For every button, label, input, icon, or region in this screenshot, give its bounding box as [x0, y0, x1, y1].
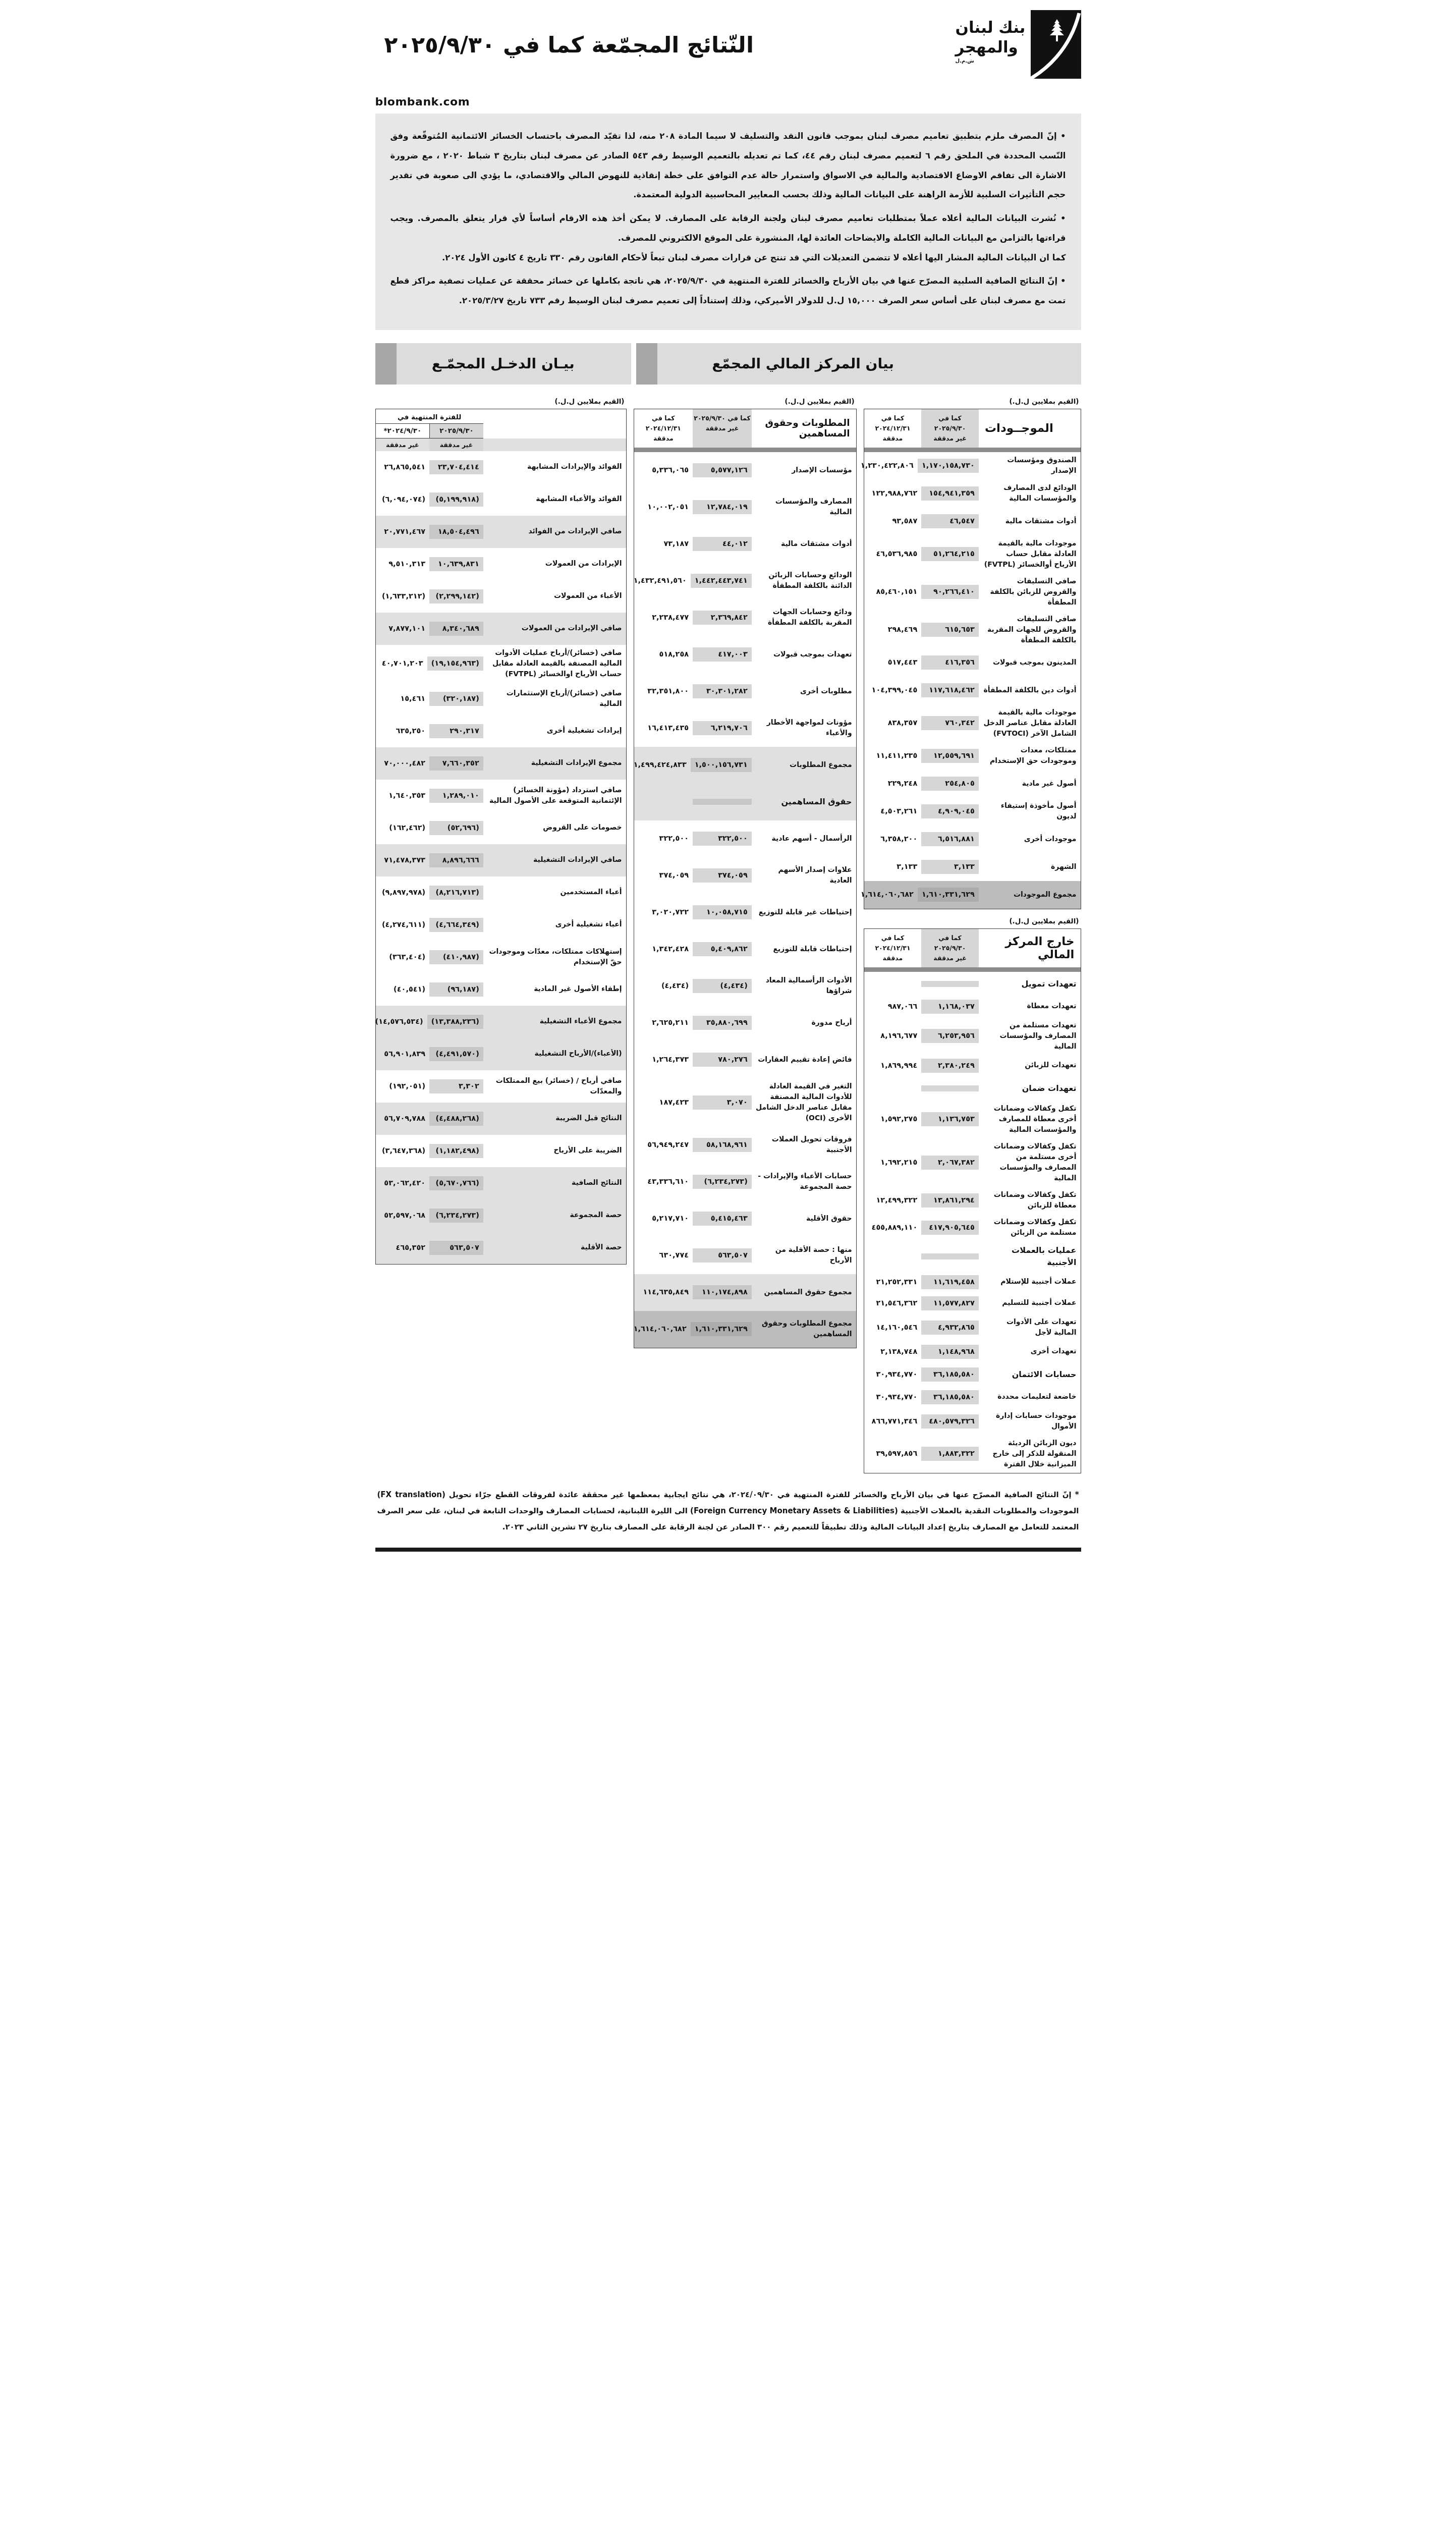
- table-row: أصول مأخوذة إستيفاء لديون٤,٩٠٩,٠٤٥٤,٥٠٣,…: [864, 798, 1081, 826]
- row-value: (٤,٤٣٤): [634, 979, 693, 993]
- row-label: مجموع المطلوبات: [752, 757, 856, 774]
- balance-sheet-section-header: بيان المركز المالي المجمّع: [636, 343, 1081, 385]
- row-value: ٢٩٠,٣١٧: [429, 724, 483, 738]
- row-value: ١١٠,١٧٤,٨٩٨: [693, 1285, 752, 1299]
- row-value: ٩٠,٢٦٦,٤١٠: [921, 585, 979, 599]
- table-row: الأدوات الرأسمالية المعاد شراؤها(٤,٤٣٤)(…: [634, 968, 856, 1005]
- income-statement-table: للفترة المنتهية في ٢٠٢٥/٩/٣٠ *٢٠٢٤/٩/٣٠ …: [375, 409, 627, 1265]
- row-value: ١٤,١٦٠,٥٤٦: [864, 1321, 922, 1335]
- row-label: حسابات الأعباء والإيرادات - حصة المجموعة: [752, 1168, 856, 1195]
- row-value: ٣٩,٥٩٧,٨٥٦: [864, 1447, 922, 1461]
- row-label: الضريبة على الأرباح: [483, 1142, 626, 1159]
- row-label: مجموع المطلوبات وحقوق المساهمين: [752, 1315, 856, 1343]
- row-label: إستهلاكات ممتلكات، معدّات وموجودات حقّ ا…: [483, 944, 626, 971]
- table-row: خاضعة لتعليمات محددة٣٦,١٨٥,٥٨٠٣٠,٩٣٤,٧٧٠: [864, 1387, 1081, 1408]
- row-value: ٥٦٣,٥٠٧: [693, 1248, 752, 1263]
- row-label: أعباء المستخدمين: [483, 884, 626, 901]
- table-row: أعباء المستخدمين(٨,٢١٦,٧١٣)(٩,٨٩٧,٩٧٨): [376, 876, 626, 909]
- income-statement-rows: الفوائد والإيرادات المشابهة٢٣,٧٠٤,٤١٤٢٦,…: [376, 451, 626, 1264]
- row-value: ٥٦,٩٠١,٨٣٩: [376, 1047, 430, 1061]
- income-statement-title: بيـان الدخـل المجمّـع: [432, 355, 575, 372]
- row-value: ١,١٣٦,٧٥٣: [921, 1112, 979, 1126]
- row-value: ١,٤٣٢,٤٩١,٥٦٠: [630, 574, 691, 588]
- table-row: تعهدات على الأدوات المالية لأجل٤,٩٣٢,٨٦٥…: [864, 1314, 1081, 1341]
- row-value: ١,٢٨٩,٠١٠: [429, 789, 483, 803]
- row-label: صافي استرداد (مؤونة الخسائر) الإئتمانية …: [483, 782, 626, 809]
- row-label: موجودات مالية بالقيمة العادلة مقابل حساب…: [979, 535, 1081, 573]
- row-label: أدوات دين بالكلفة المطفأة: [979, 682, 1081, 699]
- row-value: ٢٢٩,٢٤٨: [864, 777, 922, 791]
- row-label: تعهدات بموجب قبولات: [752, 646, 856, 663]
- table-row: إيرادات تشغيلية أخرى٢٩٠,٣١٧٦٣٥,٢٥٠: [376, 715, 626, 747]
- row-value: ١٠,٦٣٩,٨٣١: [429, 557, 483, 571]
- income-statement-column: (القيم بملايين ل.ل.) للفترة المنتهية في …: [375, 396, 627, 1265]
- row-value: ١١,٥٧٧,٨٢٧: [921, 1296, 979, 1310]
- row-label: صافي (خسائر)/أرباح عمليات الأدوات المالي…: [483, 645, 626, 683]
- row-value: ١,٤٩٩,٤٢٤,٨٣٣: [630, 758, 691, 772]
- row-label: منها : حصة الأقلية من الأرباح: [752, 1242, 856, 1269]
- row-value: ١١,٤١١,٢٣٥: [864, 749, 922, 763]
- row-value: (١,١٨٢,٤٩٨): [429, 1144, 483, 1158]
- assets-table: الموجــودات كما في ٢٠٢٥/٩/٣٠غير مدققة كم…: [864, 409, 1081, 909]
- row-value: ٤٨٠,٥٧٩,٣٢٦: [921, 1414, 979, 1429]
- row-value: ٦,٢١٩,٧٠٦: [693, 721, 752, 735]
- row-value: ٧,٦٦٠,٣٥٢: [429, 756, 483, 771]
- row-value: ٦,٥١٦,٨٨١: [921, 832, 979, 846]
- table-row: فائض إعادة تقييم العقارات٧٨٠,٢٧٦١,٢٦٤,٣٧…: [634, 1041, 856, 1078]
- row-value: (٦,٢٣٤,٢٧٣): [693, 1175, 752, 1189]
- table-row: حصة الأقلية٥٦٣,٥٠٧٤٦٥,٣٥٢: [376, 1232, 626, 1264]
- row-label: النتائج قبل الضريبة: [483, 1110, 626, 1127]
- row-label: خاضعة لتعليمات محددة: [979, 1389, 1081, 1405]
- table-row: مؤونات لمواجهة الأخطار والأعباء٦,٢١٩,٧٠٦…: [634, 710, 856, 747]
- row-label: أصول غير مادية: [979, 776, 1081, 792]
- row-label: صافي التسليفات والقروض للجهات المقربة با…: [979, 611, 1081, 649]
- row-value: ٤,٩٣٢,٨٦٥: [921, 1321, 979, 1335]
- column-header-2024: كما في ٢٠٢٤/١٢/٣١مدققة: [864, 929, 922, 967]
- table-row: فروقات تحويل العملات الأجنبية٥٨,١٦٨,٩٦١٥…: [634, 1127, 856, 1164]
- values-in-millions-note: (القيم بملايين ل.ل.): [960, 398, 1079, 406]
- row-label: مجموع الموجودات: [979, 887, 1081, 903]
- row-value: (٥,٦٧٠,٧٦٦): [429, 1176, 483, 1190]
- row-value: ٤٥٥,٨٨٩,١١٠: [864, 1221, 922, 1235]
- intro-bullet-2: • نُشرت البيانات المالية أعلاه عملاً بمت…: [390, 209, 1066, 267]
- row-label: فائض إعادة تقييم العقارات: [752, 1052, 856, 1068]
- row-value: ١,١٧٠,١٥٨,٧٣٠: [918, 459, 979, 473]
- table-row: أرباح مدورة٣٥,٨٨٠,٦٩٩٢,٦٢٥,٢١١: [634, 1005, 856, 1041]
- row-value: (٤,٤٩١,٥٧٠): [429, 1047, 483, 1061]
- table-row: حقوق المساهمين: [634, 784, 856, 820]
- row-value: ١,٥٠٠,١٥٦,٧٣١: [691, 758, 752, 772]
- row-value: ٨٣٨,٣٥٧: [864, 716, 922, 730]
- table-row: صافي التسليفات والقروض للجهات المقربة با…: [864, 611, 1081, 649]
- table-row: مجموع المطلوبات١,٥٠٠,١٥٦,٧٣١١,٤٩٩,٤٢٤,٨٣…: [634, 747, 856, 784]
- row-value: ١,١٦٨,٠٣٧: [921, 1000, 979, 1014]
- row-value: ٢,٦٢٥,٢١١: [634, 1016, 693, 1030]
- row-value: (٤١٠,٩٨٧): [429, 950, 483, 964]
- row-label: صافي الإيرادات من الفوائد: [483, 523, 626, 540]
- row-value: ٣٧٤,٠٥٩: [693, 868, 752, 883]
- row-value: ٦,٢٥٣,٩٥٦: [921, 1029, 979, 1043]
- row-label: الفوائد والأعباء المشابهة: [483, 491, 626, 508]
- row-value: ٤٠,٧٠١,٢٠٣: [373, 656, 427, 671]
- table-row: أعباء تشغيلية أخرى(٤,٦٦٤,٣٤٩)(٤,٢٧٤,٦١١): [376, 909, 626, 941]
- row-value: ٧٣,١٨٧: [634, 537, 693, 551]
- table-row: علاوات إصدار الأسهم العادية٣٧٤,٠٥٩٣٧٤,٠٥…: [634, 857, 856, 894]
- table-row: الضريبة على الأرباح(١,١٨٢,٤٩٨)(٣,٦٤٧,٣٦٨…: [376, 1135, 626, 1167]
- row-value: ١٦,٤١٣,٤٣٥: [634, 721, 693, 735]
- liabilities-rows: مؤسسات الإصدار٥,٥٧٧,١٢٦٥,٣٣٦,٠٦٥المصارف …: [634, 452, 856, 1348]
- row-value: ١٠٤,٣٩٩,٠٤٥: [864, 683, 922, 697]
- row-value: ٥٦,٩٤٩,٢٤٧: [634, 1138, 693, 1152]
- row-value: ٢,١٣٨,٧٤٨: [864, 1345, 922, 1359]
- row-value: ١٠,٠٠٢,٠٥١: [634, 500, 693, 514]
- row-label: مجموع حقوق المساهمين: [752, 1284, 856, 1301]
- row-label: حصة المجموعة: [483, 1207, 626, 1224]
- row-value: [693, 799, 752, 805]
- row-value: ٣٦,١٨٥,٥٨٠: [921, 1367, 979, 1382]
- row-value: ٢,٣٨٠,٢٤٩: [921, 1059, 979, 1073]
- row-value: ١,٨٨٣,٣٢٢: [921, 1447, 979, 1461]
- column-header-2024: *٢٠٢٤/٩/٣٠: [376, 424, 430, 438]
- table-row: الإيرادات من العمولات١٠,٦٣٩,٨٣١٩,٥١٠,٣١٣: [376, 548, 626, 580]
- row-value: [921, 981, 979, 987]
- row-value: ١٢,٤٩٩,٣٢٢: [864, 1193, 922, 1208]
- website-url: blombank.com: [375, 96, 1081, 108]
- row-label: المدينون بموجب قبولات: [979, 654, 1081, 671]
- table-row: الشهرة٣,١٣٣٣,١٣٣: [864, 853, 1081, 881]
- row-label: فروقات تحويل العملات الأجنبية: [752, 1131, 856, 1159]
- table-row: تعهدات ضمان: [864, 1076, 1081, 1101]
- page-title: النّتائج المجمّعة كما في ٢٠٢٥/٩/٣٠: [384, 32, 938, 58]
- assets-rows: الصندوق ومؤسسات الإصدار١,١٧٠,١٥٨,٧٣٠١,٢٣…: [864, 452, 1081, 909]
- row-label: أرباح مدورة: [752, 1015, 856, 1031]
- header-divider-strip: [864, 448, 1081, 452]
- row-label: الودائع وحسابات الزبائن الدائنة بالكلفة …: [752, 567, 856, 594]
- row-value: ١١,٦١٩,٤٥٨: [921, 1275, 979, 1289]
- header-divider-strip: [864, 967, 1081, 972]
- row-label: تعهدات معطاة: [979, 998, 1081, 1015]
- header-divider-strip: [634, 448, 856, 452]
- row-value: (١٣,٣٨٨,٢٣٦): [427, 1015, 483, 1029]
- table-row: الصندوق ومؤسسات الإصدار١,١٧٠,١٥٨,٧٣٠١,٢٣…: [864, 452, 1081, 480]
- row-value: ٥٦,٧٠٩,٧٨٨: [376, 1112, 430, 1126]
- row-value: [864, 981, 922, 987]
- row-value: ٣٠,٣٠١,٢٨٢: [693, 684, 752, 698]
- row-value: (٤,٤٨٨,٢٦٨): [429, 1112, 483, 1126]
- section-bars: بيان المركز المالي المجمّع بيـان الدخـل …: [375, 343, 1081, 385]
- assets-column: (القيم بملايين ل.ل.) الموجــودات كما في …: [864, 396, 1081, 1473]
- row-value: ١,٢٣٠,٤٢٢,٨٠٦: [857, 459, 918, 473]
- row-value: ٢٦,٨٦٥,٥٤١: [376, 460, 430, 474]
- row-value: ١٢,٥٥٩,٦٩١: [921, 749, 979, 763]
- row-label: التغير في القيمة العادلة للأدوات المالية…: [752, 1078, 856, 1127]
- row-value: ٤,٥٠٣,٢٦١: [864, 804, 922, 818]
- row-value: ٤,٩٠٩,٠٤٥: [921, 804, 979, 818]
- table-row: مؤسسات الإصدار٥,٥٧٧,١٢٦٥,٣٣٦,٠٦٥: [634, 452, 856, 489]
- row-label: الصندوق ومؤسسات الإصدار: [979, 452, 1081, 479]
- table-row: عملات أجنبية للتسليم١١,٥٧٧,٨٢٧٢١,٥٤٦,٣٦٢: [864, 1293, 1081, 1314]
- row-label: النتائج الصافية: [483, 1175, 626, 1191]
- row-value: (١٤,٥٧٦,٥٣٤): [371, 1015, 427, 1029]
- row-value: ٨,٨٩٦,٦٦٦: [429, 853, 483, 867]
- row-value: [921, 1085, 979, 1091]
- row-label: خصومات على القروض: [483, 819, 626, 836]
- row-value: ٢١,٥٤٦,٣٦٢: [864, 1296, 922, 1310]
- row-value: ٥٣,٠٦٢,٤٢٠: [376, 1176, 430, 1190]
- row-value: ١,١٤٨,٩٦٨: [921, 1345, 979, 1359]
- values-in-millions-note: (القيم بملايين ل.ل.): [960, 917, 1079, 925]
- row-value: ٢٩٨,٤٦٩: [864, 623, 922, 637]
- row-label: ودائع وحسابات الجهات المقربة بالكلفة الم…: [752, 604, 856, 631]
- row-value: [921, 1253, 979, 1259]
- values-in-millions-note: (القيم بملايين ل.ل.): [486, 398, 625, 406]
- page-header: بنك لبنان والمهجر ش.م.ل النّتائج المجمّع…: [375, 7, 1081, 83]
- row-value: ١٥٤,٩٤١,٣٥٩: [921, 486, 979, 501]
- row-value: ١١٤,٦٣٥,٨٤٩: [634, 1285, 693, 1299]
- row-value: (٥,١٩٩,٩١٨): [429, 492, 483, 507]
- row-label: عملات أجنبية للإستلام: [979, 1274, 1081, 1290]
- row-label: تكفل وكفالات وضمانات أخرى معطاة للمصارف …: [979, 1101, 1081, 1138]
- table-row: الودائع لدى المصارف والمؤسسات المالية١٥٤…: [864, 480, 1081, 508]
- table-row: موجودات حسابات إدارة الأموال٤٨٠,٥٧٩,٣٢٦٨…: [864, 1408, 1081, 1435]
- row-value: ٣٢٢,٥٠٠: [634, 832, 693, 846]
- row-value: ١٢,٧٨٤,٠١٩: [693, 500, 752, 514]
- row-label: إطفاء الأصول غير المادية: [483, 981, 626, 998]
- row-value: ٥٨,١٦٨,٩٦١: [693, 1138, 752, 1152]
- row-value: ١٢٢,٩٨٨,٧٦٢: [864, 486, 922, 501]
- table-row: حصة المجموعة(٦,٢٣٤,٢٧٣)٥٢,٥٩٧,٠٦٨: [376, 1199, 626, 1232]
- table-row: تكفل وكفالات وضمانات مستلمة من الزبائن٤١…: [864, 1214, 1081, 1241]
- row-value: ٧٨٠,٢٧٦: [693, 1053, 752, 1067]
- row-value: ٨٦٦,٧٧١,٣٤٦: [864, 1414, 922, 1429]
- row-label: الإيرادات من العمولات: [483, 556, 626, 572]
- row-label: تعهدات أخرى: [979, 1343, 1081, 1360]
- row-label: الأعباء من العمولات: [483, 588, 626, 605]
- row-label: الرأسمال - أسهم عادية: [752, 831, 856, 847]
- table-row: تعهدات تمويل: [864, 972, 1081, 996]
- row-label: عمليات بالعملات الأجنبية: [979, 1241, 1081, 1272]
- table-row: الرأسمال - أسهم عادية٣٢٢,٥٠٠٣٢٢,٥٠٠: [634, 820, 856, 857]
- newspaper-page: بنك لبنان والمهجر ش.م.ل النّتائج المجمّع…: [364, 0, 1092, 1567]
- table-row: أدوات مشتقات مالية٤٦,٥٤٧٩٣,٥٨٧: [864, 508, 1081, 535]
- table-row: مطلوبات أخرى٣٠,٣٠١,٢٨٢٣٢,٣٥١,٨٠٠: [634, 673, 856, 710]
- row-value: (٩٦,١٨٧): [429, 982, 483, 997]
- row-value: (٥٢,٦٩٦): [429, 821, 483, 835]
- row-label: حقوق الأقلية: [752, 1211, 856, 1227]
- unaudited-label-2024: غير مدققة: [376, 438, 430, 451]
- off-balance-table: خارج المركز المالي كما في ٢٠٢٥/٩/٣٠غير م…: [864, 928, 1081, 1473]
- row-value: (٤٠,٥٤١): [376, 982, 430, 997]
- row-value: ٣,١٣٣: [921, 860, 979, 874]
- row-value: ٦٣٠,٧٧٤: [634, 1248, 693, 1263]
- table-row: خصومات على القروض(٥٢,٦٩٦)(١٦٢,٤٦٢): [376, 812, 626, 844]
- table-row: عمليات بالعملات الأجنبية: [864, 1241, 1081, 1272]
- row-label: عملات أجنبية للتسليم: [979, 1295, 1081, 1311]
- row-value: ٩,٥١٠,٣١٣: [376, 557, 430, 571]
- row-label: تكفل وكفالات وضمانات معطاة للزبائن: [979, 1187, 1081, 1214]
- table-row: عملات أجنبية للإستلام١١,٦١٩,٤٥٨٢١,٢٥٢,٣٣…: [864, 1272, 1081, 1293]
- row-value: ٥١,٢٦٤,٢١٥: [921, 547, 979, 561]
- table-row: صافي أرباح / (خسائر) بيع الممتلكات والمع…: [376, 1070, 626, 1103]
- column-header-2025: ٢٠٢٥/٩/٣٠: [429, 424, 483, 438]
- row-label: تكفل وكفالات وضمانات أخرى مستلمة من المص…: [979, 1138, 1081, 1187]
- row-label: مطلوبات أخرى: [752, 683, 856, 700]
- row-value: ٨,٣٤٠,٦٨٩: [429, 622, 483, 636]
- bank-name-text: بنك لبنان والمهجر: [955, 18, 1025, 58]
- row-value: ٥١٧,٤٤٣: [864, 655, 922, 670]
- row-value: ٤١٧,٠٠٣: [693, 647, 752, 662]
- row-label: حصة الأقلية: [483, 1239, 626, 1256]
- row-value: ٥,٣٣٦,٠٦٥: [634, 463, 693, 477]
- bar-cap-decoration: [636, 343, 657, 385]
- row-value: [864, 1085, 922, 1091]
- row-value: ١,٦١٠,٣٣١,٦٢٩: [691, 1322, 752, 1336]
- row-value: (٤,٦٦٤,٣٤٩): [429, 918, 483, 932]
- row-value: [634, 799, 693, 805]
- row-label: ممتلكات، معدات وموجودات حق الإستخدام: [979, 742, 1081, 770]
- liabilities-table: المطلوبات وحقوق المساهمين كما في ٢٠٢٥/٩/…: [634, 409, 857, 1348]
- row-value: (٢,٢٩٩,١٤٢): [429, 589, 483, 604]
- table-row: المصارف والمؤسسات المالية١٢,٧٨٤,٠١٩١٠,٠٠…: [634, 489, 856, 526]
- row-value: ٣,١٣٣: [864, 860, 922, 874]
- income-header-period: للفترة المنتهية في: [376, 409, 626, 424]
- row-value: ٣,٣٠٢: [429, 1079, 483, 1093]
- table-row: تكفل وكفالات وضمانات أخرى مستلمة من المص…: [864, 1138, 1081, 1187]
- intro-bullet-1: • إنّ المصرف ملزم بتطبيق تعاميم مصرف لبن…: [390, 127, 1066, 205]
- row-value: ١٠,٠٥٨,٧١٥: [693, 905, 752, 919]
- row-value: ٢١,٢٥٢,٣٣١: [864, 1275, 922, 1289]
- row-value: ٣٠,٩٣٤,٧٧٠: [864, 1390, 922, 1404]
- row-label: أدوات مشتقات مالية: [979, 513, 1081, 530]
- table-row: مجموع المطلوبات وحقوق المساهمين١,٦١٠,٣٣١…: [634, 1311, 856, 1348]
- row-value: ٣٢,٣٥١,٨٠٠: [634, 684, 693, 698]
- row-value: ٢,٠٦٧,٣٨٢: [921, 1156, 979, 1170]
- column-header-2024: كما في ٢٠٢٤/١٢/٣١مدققة: [864, 409, 922, 448]
- row-value: (١٩٢,٠٥١): [376, 1079, 430, 1093]
- row-value: ١,٦١٤,٠٦٠,٦٨٢: [857, 888, 918, 902]
- row-label: علاوات إصدار الأسهم العادية: [752, 862, 856, 889]
- row-value: (١,٦٣٣,٢١٢): [376, 589, 430, 604]
- income-header-unaudited: غير مدققة غير مدققة: [376, 438, 626, 451]
- row-value: ١,٥٩٢,٢٧٥: [864, 1112, 922, 1126]
- intro-disclaimer-box: • إنّ المصرف ملزم بتطبيق تعاميم مصرف لبن…: [375, 114, 1081, 330]
- row-value: (٩,٨٩٧,٩٧٨): [376, 886, 430, 900]
- table-row: مجموع الموجودات١,٦١٠,٣٣١,٦٢٩١,٦١٤,٠٦٠,٦٨…: [864, 881, 1081, 909]
- row-label: مؤسسات الإصدار: [752, 462, 856, 479]
- row-label: مؤونات لمواجهة الأخطار والأعباء: [752, 715, 856, 742]
- column-header-2024: كما في ٢٠٢٤/١٢/٣١مدققة: [634, 409, 693, 448]
- table-row: موجودات مالية بالقيمة العادلة مقابل حساب…: [864, 535, 1081, 573]
- table-row: تعهدات أخرى١,١٤٨,٩٦٨٢,١٣٨,٧٤٨: [864, 1341, 1081, 1362]
- bank-name: بنك لبنان والمهجر ش.م.ل: [955, 10, 1025, 64]
- table-row: الودائع وحسابات الزبائن الدائنة بالكلفة …: [634, 563, 856, 599]
- row-value: ٣٦,١٨٥,٥٨٠: [921, 1390, 979, 1404]
- table-row: حسابات الائتمان٣٦,١٨٥,٥٨٠٣٠,٩٣٤,٧٧٠: [864, 1362, 1081, 1387]
- row-value: ٥,٥٧٧,١٢٦: [693, 463, 752, 477]
- row-label: الأدوات الرأسمالية المعاد شراؤها: [752, 972, 856, 1000]
- table-row: صافي الإيرادات من العمولات٨,٣٤٠,٦٨٩٧,٨٧٧…: [376, 613, 626, 645]
- table-row: تكفل وكفالات وضمانات معطاة للزبائن١٣,٨٦١…: [864, 1187, 1081, 1214]
- row-value: ٢,٣٦٩,٨٤٢: [693, 611, 752, 625]
- income-header-dates: ٢٠٢٥/٩/٣٠ *٢٠٢٤/٩/٣٠: [376, 424, 626, 438]
- row-value: ٨,١٩٦,٦٧٧: [864, 1029, 922, 1043]
- row-value: ٣٢٢,٥٠٠: [693, 832, 752, 846]
- row-label: تعهدات مستلمة من المصارف والمؤسسات المال…: [979, 1017, 1081, 1055]
- table-row: التغير في القيمة العادلة للأدوات المالية…: [634, 1078, 856, 1127]
- row-label: إيرادات تشغيلية أخرى: [483, 723, 626, 739]
- values-in-millions-note: (القيم بملايين ل.ل.): [732, 398, 854, 406]
- row-value: ٣٠,٩٣٤,٧٧٠: [864, 1367, 922, 1382]
- row-value: ٢٣,٧٠٤,٤١٤: [429, 460, 483, 474]
- row-value: ٧,٨٧٧,١٠١: [376, 622, 430, 636]
- column-header-2025: كما في ٢٠٢٥/٩/٣٠غير مدققة: [693, 409, 752, 448]
- row-value: ١,٦٩٢,٢١٥: [864, 1156, 922, 1170]
- table-row: إستهلاكات ممتلكات، معدّات وموجودات حقّ ا…: [376, 941, 626, 973]
- row-value: (١٩,١٥٤,٩٦٣): [427, 656, 483, 671]
- row-label: مجموع الإيرادات التشغيلية: [483, 755, 626, 772]
- table-row: إطفاء الأصول غير المادية(٩٦,١٨٧)(٤٠,٥٤١): [376, 973, 626, 1006]
- row-label: تعهدات على الأدوات المالية لأجل: [979, 1314, 1081, 1341]
- row-label: صافي أرباح / (خسائر) بيع الممتلكات والمع…: [483, 1073, 626, 1100]
- row-value: ٨٥,٤٦٠,١٥١: [864, 585, 922, 599]
- row-value: ١٥,٤٦١: [376, 692, 430, 706]
- row-label: موجودات مالية بالقيمة العادلة مقابل عناص…: [979, 704, 1081, 742]
- table-row: ممتلكات، معدات وموجودات حق الإستخدام١٢,٥…: [864, 742, 1081, 770]
- table-row: صافي استرداد (مؤونة الخسائر) الإئتمانية …: [376, 780, 626, 812]
- table-row: ديون الزبائن الرديئة المنقولة للذكر إلى …: [864, 1435, 1081, 1473]
- table-row: إحتياطات غير قابلة للتوزيع١٠,٠٥٨,٧١٥٣,٠٢…: [634, 894, 856, 931]
- row-value: (٣,٦٤٧,٣٦٨): [376, 1144, 430, 1158]
- row-value: ٣,٠٧٠: [693, 1095, 752, 1110]
- table-row: الأعباء من العمولات(٢,٢٩٩,١٤٢)(١,٦٣٣,٢١٢…: [376, 580, 626, 613]
- row-label: صافي الإيرادات التشغيلية: [483, 852, 626, 868]
- row-label: الشهرة: [979, 859, 1081, 875]
- row-label: (الأعباء)/الأرباح التشغيلية: [483, 1046, 626, 1062]
- column-header-2025: كما في ٢٠٢٥/٩/٣٠غير مدققة: [921, 929, 979, 967]
- row-value: ٩٨٧,٠٦٦: [864, 1000, 922, 1014]
- table-row: صافي (خسائر)/أرباح الإستثمارات المالية(٣…: [376, 683, 626, 715]
- table-row: أدوات مشتقات مالية٤٤,٠١٢٧٣,١٨٧: [634, 526, 856, 563]
- column-header-2025: كما في ٢٠٢٥/٩/٣٠غير مدققة: [921, 409, 979, 448]
- row-label: مجموع الأعباء التشغيلية: [483, 1013, 626, 1030]
- row-value: ١٨,٥٠٤,٤٩٦: [429, 525, 483, 539]
- bottom-rule-divider: [375, 1548, 1081, 1552]
- table-row: صافي (خسائر)/أرباح عمليات الأدوات المالي…: [376, 645, 626, 683]
- row-label: الفوائد والإيرادات المشابهة: [483, 459, 626, 475]
- table-row: تعهدات للزبائن٢,٣٨٠,٢٤٩١,٨٦٩,٩٩٤: [864, 1055, 1081, 1076]
- off-balance-rows: تعهدات تمويلتعهدات معطاة١,١٦٨,٠٣٧٩٨٧,٠٦٦…: [864, 972, 1081, 1473]
- period-ending-label: للفترة المنتهية في: [376, 409, 483, 424]
- row-value: ٥٦٣,٥٠٧: [429, 1241, 483, 1255]
- row-value: ٤٣,٣٣٦,٦١٠: [634, 1175, 693, 1189]
- row-value: ٤٦,٥٣٦,٩٨٥: [864, 547, 922, 561]
- row-value: ٣٧٤,٠٥٩: [634, 868, 693, 883]
- table-row: موجودات مالية بالقيمة العادلة مقابل عناص…: [864, 704, 1081, 742]
- row-value: ٥,٤٠٩,٨٦٢: [693, 942, 752, 956]
- table-row: النتائج الصافية(٥,٦٧٠,٧٦٦)٥٣,٠٦٢,٤٢٠: [376, 1167, 626, 1199]
- row-value: ١,٦١٤,٠٦٠,٦٨٢: [630, 1322, 691, 1336]
- row-value: ١١٧,٦١٨,٤٦٢: [921, 683, 979, 697]
- row-value: (٣٢٠,١٨٧): [429, 692, 483, 706]
- row-value: ٤٦٥,٣٥٢: [376, 1241, 430, 1255]
- row-value: ٧٦٠,٣٤٢: [921, 716, 979, 730]
- row-label: موجودات أخرى: [979, 831, 1081, 848]
- row-value: ١,٢٦٤,٣٧٣: [634, 1053, 693, 1067]
- row-label: أصول مأخوذة إستيفاء لديون: [979, 798, 1081, 825]
- table-row: صافي الإيرادات من الفوائد١٨,٥٠٤,٤٩٦٢٠,٧٧…: [376, 516, 626, 548]
- table-row: أدوات دين بالكلفة المطفأة١١٧,٦١٨,٤٦٢١٠٤,…: [864, 677, 1081, 704]
